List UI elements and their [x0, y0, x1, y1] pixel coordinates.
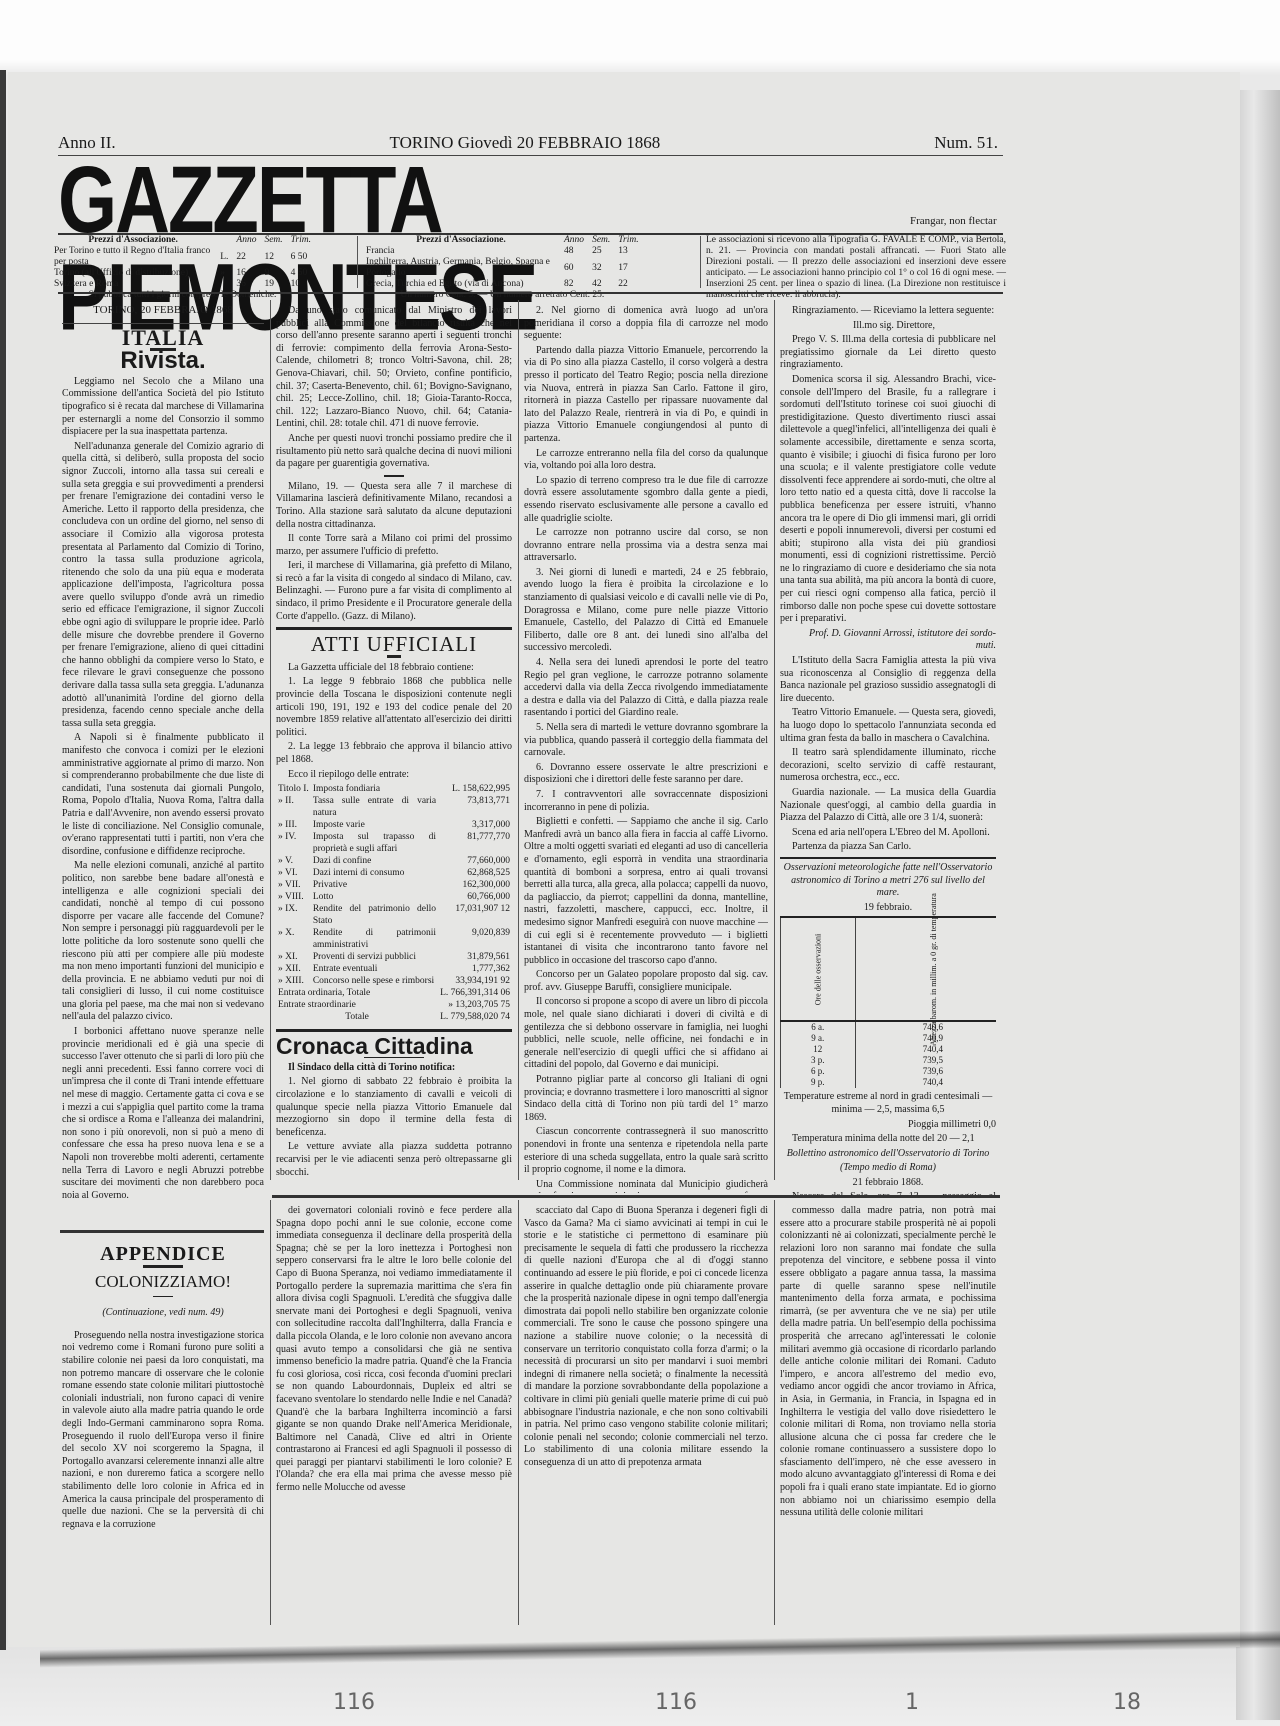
- appendix-title: APPENDICE: [62, 1248, 264, 1261]
- notice-signature: Prof. D. Giovanni Arrossi, istitutore de…: [780, 628, 996, 653]
- row-sem: 9: [260, 268, 286, 279]
- article-paragraph: A Napoli si è finalmente pubblicato il m…: [62, 732, 264, 858]
- row-trim: 17: [614, 257, 642, 279]
- revenue-row: » IV.Imposta sul trapasso di proprietà e…: [276, 831, 512, 855]
- divider: [357, 236, 358, 288]
- column-divider: [518, 300, 519, 1180]
- atti-paragraph: La Gazzetta ufficiale del 18 febbraio co…: [276, 662, 512, 675]
- revenue-total-row: Entrate straordinarie» 13,203,705 75: [276, 999, 512, 1011]
- row-sem: 12: [260, 246, 286, 268]
- atti-paragraph: 1. La legge 9 febbraio 1868 che pubblica…: [276, 676, 512, 739]
- revenue-total-label: Entrate straordinarie: [276, 999, 438, 1011]
- margin-mark: 1: [905, 1690, 919, 1715]
- weather-night: Temperatura minima della notte del 20 — …: [780, 1133, 996, 1146]
- article-paragraph: Partendo dalla piazza Vittorio Emanuele,…: [524, 345, 768, 446]
- revenue-label: Dazi di confine: [311, 855, 438, 867]
- row-label: Torino (all'Ufficio di distribuzione): [50, 268, 216, 279]
- weather-table: Ore delle osservazioniAltezza barom. in …: [780, 916, 996, 1088]
- revenue-value: 81,777,770: [438, 831, 512, 855]
- astro-sub: (Tempo medio di Roma): [780, 1162, 996, 1175]
- column-notices: Ringraziamento. — Riceviamo la lettera s…: [780, 305, 996, 1195]
- weather-row: 6 a.740,6— 1,94,091calmanebbia: [781, 1021, 997, 1033]
- row-sem: 25: [588, 246, 614, 257]
- revenue-total-value: L. 766,391,314 06: [438, 987, 512, 999]
- appendix-text: Proseguendo nella nostra investigazione …: [62, 1330, 264, 1532]
- article-paragraph: Il concorso si propone a scopo di avere …: [524, 996, 768, 1072]
- weather-rain: Pioggia millimetri 0,0: [780, 1119, 996, 1132]
- revenue-value: 77,660,000: [438, 855, 512, 867]
- article-paragraph: Anche per questi nuovi tronchi possiamo …: [276, 433, 512, 471]
- issue-number: Num. 51.: [934, 133, 998, 153]
- weather-barom: 739,6: [855, 1066, 996, 1077]
- atti-paragraph: 2. La legge 13 febbraio che approva il b…: [276, 741, 512, 766]
- revenue-row: » V.Dazi di confine77,660,000: [276, 855, 512, 867]
- revenue-titolo: » XIII.: [276, 975, 311, 987]
- revenue-value: 73,813,771: [438, 795, 512, 819]
- revenue-titolo: » VIII.: [276, 891, 311, 903]
- weather-extremes-label: Temperature estreme al nord in gradi cen…: [784, 1091, 980, 1102]
- atti-paragraph: Ecco il riepilogo delle entrate:: [276, 769, 512, 782]
- weather-date: 19 febbraio.: [780, 902, 996, 915]
- revenue-titolo: » III.: [276, 819, 311, 831]
- article-paragraph: Ma nelle elezioni comunali, anziché al p…: [62, 860, 264, 1024]
- revenue-value: 62,868,525: [438, 867, 512, 879]
- subscription-foreign-heading: Prezzi d'Associazione.: [362, 235, 560, 246]
- weather-max: massima 6,5: [895, 1104, 945, 1115]
- revenue-label: Imposta fondiaria: [311, 783, 438, 795]
- article-paragraph: Ciascun concorrente contrassegnerà il su…: [524, 1126, 768, 1176]
- notice-paragraph: Ringraziamento. — Riceviamo la lettera s…: [780, 305, 996, 318]
- article-paragraph: Concorso per un Galateo popolare propost…: [524, 969, 768, 994]
- col-trim: Trim.: [287, 235, 315, 246]
- row-sem: 42: [588, 279, 614, 290]
- article-paragraph: 5. Nella sera di martedì le vetture dovr…: [524, 722, 768, 760]
- revenue-titolo: » VI.: [276, 867, 311, 879]
- milano-paragraph: Ieri, il marchese di Villamarina, già pr…: [276, 560, 512, 623]
- newspaper-motto: Frangar, non flectar: [910, 215, 997, 227]
- revenue-total-value: » 13,203,705 75: [438, 999, 512, 1011]
- revenue-row: » XIII.Concorso nelle spese e rimborsi33…: [276, 975, 512, 987]
- margin-mark: 116: [333, 1690, 375, 1715]
- milano-paragraph: Il conte Torre sarà a Milano coi primi d…: [276, 533, 512, 558]
- subscription-row: Francia 48 25 13: [362, 246, 643, 257]
- margin-mark: 18: [1113, 1690, 1141, 1715]
- separator: [153, 1296, 173, 1297]
- weather-ora: 9 p.: [781, 1077, 856, 1088]
- appendix-col-3: scacciato dal Capo di Buona Speranza i d…: [524, 1205, 768, 1625]
- revenue-label: Imposta sul trapasso di proprietà e sugl…: [311, 831, 438, 855]
- article-paragraph: 3. Nei giorni di lunedì e martedì, 24 e …: [524, 567, 768, 655]
- row-label: Inghilterra, Austria, Germania, Belgio, …: [362, 257, 560, 279]
- appendix-col-1: APPENDICE COLONIZZIAMO! (Continuazione, …: [62, 1240, 264, 1625]
- revenue-titolo: » XII.: [276, 963, 311, 975]
- article-paragraph: Nell'adunanza generale del Comizio agrar…: [62, 441, 264, 731]
- revenue-row: » III.Imposte varie3,317,000: [276, 819, 512, 831]
- weather-header: Altezza barom. in millim. a 0 gr. di tem…: [855, 917, 996, 1021]
- column-ferrovie-atti: Da uno stato comunicato dal Ministro dei…: [276, 305, 512, 1193]
- column-divider: [270, 300, 271, 1180]
- revenue-row: » XII.Entrate eventuali1,777,362: [276, 963, 512, 975]
- row-sem: 32: [588, 257, 614, 279]
- guardia-notice: Guardia nazionale. — La musica della Gua…: [780, 787, 996, 825]
- weather-ora: 6 a.: [781, 1021, 856, 1033]
- row-anno: 36: [232, 279, 260, 290]
- revenue-value: 31,879,561: [438, 951, 512, 963]
- article-dateline: TORINO, 20 FEBBRAIO 1868: [62, 304, 264, 317]
- revenue-row: » VIII.Lotto60,766,000: [276, 891, 512, 903]
- weather-ora: 9 a.: [781, 1033, 856, 1044]
- col-trim: Trim.: [614, 235, 642, 246]
- appendix-col-4: commesso dalla madre patria, non potrà m…: [780, 1205, 996, 1625]
- revenue-label: Rendite di patrimonii amministrativi: [311, 927, 438, 951]
- article-paragraph: 6. Dovranno essere osservate le altre pr…: [524, 762, 768, 787]
- revenue-label: Lotto: [311, 891, 438, 903]
- weather-row: 3 p.739,56,65,068calmanebbia: [781, 1055, 997, 1066]
- header-bottom-rule: [58, 292, 1003, 294]
- row-label: Grecia, Turchia ed Egitto (via di Ancona…: [362, 279, 560, 290]
- revenue-titolo: » II.: [276, 795, 311, 819]
- column-divider: [774, 300, 775, 1180]
- revenue-row: » VII.Privative162,300,000: [276, 879, 512, 891]
- revenue-label: Imposte varie: [311, 819, 438, 831]
- row-trim: 22: [614, 279, 642, 290]
- revenue-total-value: L. 779,588,020 74: [438, 1011, 512, 1023]
- revenue-value: L. 158,622,995: [438, 783, 512, 795]
- revenue-titolo: Titolo I.: [276, 783, 311, 795]
- weather-row: 9 a.740,90,04,382calmanebbia: [781, 1033, 997, 1044]
- revenue-label: Rendite del patrimonio dello Stato: [311, 903, 438, 927]
- weather-min: minima — 2,5: [831, 1104, 889, 1115]
- weather-row: 9 p.740,42,44,984calmasereno: [781, 1077, 997, 1088]
- article-paragraph: Biglietti e confetti. — Sappiamo che anc…: [524, 816, 768, 967]
- appendix-rule: [60, 1230, 264, 1233]
- weather-barom: 740,4: [855, 1044, 996, 1055]
- revenue-titolo: » V.: [276, 855, 311, 867]
- revenue-label: Entrate eventuali: [311, 963, 438, 975]
- column-cronaca-cont: 2. Nel giorno di domenica avrà luogo ad …: [524, 305, 768, 1193]
- article-paragraph: 2. Nel giorno di domenica avrà luogo ad …: [524, 305, 768, 343]
- teatro-notice: Il teatro sarà splendidamente illuminato…: [780, 747, 996, 785]
- revenue-titolo: » IX.: [276, 903, 311, 927]
- column-italia: TORINO, 20 FEBBRAIO 1868 ITALIA Rivista.…: [62, 298, 264, 1198]
- row-anno: 22: [232, 246, 260, 268]
- revenue-row: » VI.Dazi interni di consumo62,868,525: [276, 867, 512, 879]
- appendix-rule: [272, 1195, 1000, 1198]
- appendix-continuation: (Continuazione, vedi num. 49): [62, 1307, 264, 1320]
- revenue-value: 60,766,000: [438, 891, 512, 903]
- page-fold-edge: [1236, 90, 1280, 1720]
- revenue-row: Titolo I.Imposta fondiariaL. 158,622,995: [276, 783, 512, 795]
- appendix-text: dei governatori coloniali rovinò e fece …: [276, 1205, 512, 1495]
- revenue-label: Concorso nelle spese e rimborsi: [311, 975, 438, 987]
- notice-paragraph: Domenica scorsa il sig. Alessandro Brach…: [780, 374, 996, 626]
- row-trim: 10: [287, 279, 315, 290]
- article-paragraph: Le carrozze entreranno nella fila del co…: [524, 448, 768, 473]
- row-anno: 48: [560, 246, 588, 257]
- guardia-notice: Partenza da piazza San Carlo.: [780, 841, 996, 854]
- revenue-row: » II.Tassa sulle entrate di varia natura…: [276, 795, 512, 819]
- column-divider: [518, 1200, 519, 1625]
- row-label: Per Torino e tutto il Regno d'Italia fra…: [50, 246, 216, 268]
- weather-title: Osservazioni meteorologiche fatte nell'O…: [780, 862, 996, 900]
- row-trim: 6 50: [287, 246, 315, 268]
- separator: [384, 475, 404, 477]
- divider: [700, 236, 701, 288]
- article-paragraph: Leggiamo nel Secolo che a Milano una Com…: [62, 376, 264, 439]
- col-anno: Anno: [232, 235, 260, 246]
- weather-ora: 3 p.: [781, 1055, 856, 1066]
- milano-paragraph: Milano, 19. — Questa sera alle 7 il marc…: [276, 481, 512, 531]
- revenue-value: 17,031,907 12: [438, 903, 512, 927]
- binding-edge: [0, 70, 6, 1650]
- row-anno: 82: [560, 279, 588, 290]
- margin-mark: 116: [655, 1690, 697, 1715]
- revenue-total-row: TotaleL. 779,588,020 74: [276, 1011, 512, 1023]
- appendix-col-2: dei governatori coloniali rovinò e fece …: [276, 1205, 512, 1625]
- revenue-titolo: » IV.: [276, 831, 311, 855]
- column-divider: [270, 1200, 271, 1625]
- row-unit: L.: [216, 246, 232, 268]
- subscription-row: Svizzera e Roma 36 19 10: [50, 279, 315, 290]
- subscription-row: Grecia, Turchia ed Egitto (via di Ancona…: [362, 279, 643, 290]
- revenue-row: » X.Rendite di patrimonii amministrativi…: [276, 927, 512, 951]
- col-anno: Anno: [560, 235, 588, 246]
- revenue-row: » XI.Proventi di servizi pubblici31,879,…: [276, 951, 512, 963]
- appendix-subtitle: COLONIZZIAMO!: [62, 1276, 264, 1289]
- notice-paragraph: Ill.mo sig. Direttore,: [780, 320, 996, 333]
- revenue-value: 1,777,362: [438, 963, 512, 975]
- astro-title: Bollettino astronomico dell'Osservatorio…: [780, 1148, 996, 1161]
- col-sem: Sem.: [588, 235, 614, 246]
- revenue-label: Privative: [311, 879, 438, 891]
- weather-ora: 6 p.: [781, 1066, 856, 1077]
- revenue-label: Tassa sulle entrate di varia natura: [311, 795, 438, 819]
- revenue-total-row: Entrata ordinaria, TotaleL. 766,391,314 …: [276, 987, 512, 999]
- revenue-value: 33,934,191 92: [438, 975, 512, 987]
- row-trim: 4 50: [287, 268, 315, 279]
- revenue-row: » IX.Rendite del patrimonio dello Stato1…: [276, 903, 512, 927]
- subscription-row: Inghilterra, Austria, Germania, Belgio, …: [362, 257, 643, 279]
- weather-header-label: Ore delle osservazioni: [812, 934, 823, 1006]
- revenue-value: 3,317,000: [438, 819, 512, 831]
- guardia-notice: Scena ed aria nell'opera L'Ebreo del M. …: [780, 827, 996, 840]
- column-divider: [774, 1200, 775, 1625]
- subscription-italy-heading: Prezzi d'Associazione.: [50, 235, 216, 246]
- weather-barom: 739,5: [855, 1055, 996, 1066]
- section-title-cronaca: Cronaca Cittadina: [276, 1040, 512, 1053]
- article-paragraph: 7. I contravventori alle sovraccennate d…: [524, 789, 768, 814]
- row-anno: 60: [560, 257, 588, 279]
- astro-date: 21 febbraio 1868.: [780, 1177, 996, 1190]
- istituto-notice: L'Istituto della Sacra Famiglia attesta …: [780, 655, 996, 705]
- article-paragraph: 4. Nella sera dei lunedì aprendosi le po…: [524, 657, 768, 720]
- row-trim: 13: [614, 246, 642, 257]
- weather-barom: 740,6: [855, 1021, 996, 1033]
- revenue-label: Dazi interni di consumo: [311, 867, 438, 879]
- separator: [143, 1265, 183, 1268]
- cronaca-paragraph: 1. Nel giorno di sabbato 22 febbraio è p…: [276, 1076, 512, 1139]
- revenue-value: 162,300,000: [438, 879, 512, 891]
- revenue-label: Proventi di servizi pubblici: [311, 951, 438, 963]
- row-label: Francia: [362, 246, 560, 257]
- subscription-row: Per Torino e tutto il Regno d'Italia fra…: [50, 246, 315, 268]
- notice-paragraph: Prego V. S. Ill.ma della cortesia di pub…: [780, 334, 996, 372]
- article-paragraph: I borbonici affettano nuove speranze nel…: [62, 1026, 264, 1198]
- weather-barom: 740,4: [855, 1077, 996, 1088]
- weather-header: Ore delle osservazioni: [781, 917, 856, 1021]
- weather-header-label: Altezza barom. in millim. a 0 gr. di tem…: [927, 893, 938, 1046]
- revenue-value: 9,020,839: [438, 927, 512, 951]
- section-title-italia: ITALIA: [62, 332, 264, 345]
- weather-extremes: Temperature estreme al nord in gradi cen…: [780, 1091, 996, 1116]
- weather-ora: 12: [781, 1044, 856, 1055]
- section-subtitle-rivista: Rivista.: [62, 355, 264, 368]
- revenue-titolo: » VII.: [276, 879, 311, 891]
- article-paragraph: Da uno stato comunicato dal Ministro dei…: [276, 305, 512, 431]
- section-title-atti: ATTI UFFICIALI: [276, 638, 512, 651]
- appendix-text: commesso dalla madre patria, non potrà m…: [780, 1205, 996, 1520]
- article-paragraph: Le carrozze non potranno uscire dal cors…: [524, 527, 768, 565]
- appendix-text: scacciato dal Capo di Buona Speranza i d…: [524, 1205, 768, 1469]
- subscription-row: Torino (all'Ufficio di distribuzione) » …: [50, 268, 315, 279]
- row-unit: »: [216, 268, 232, 279]
- revenue-titolo: » XI.: [276, 951, 311, 963]
- revenue-table: Titolo I.Imposta fondiariaL. 158,622,995…: [276, 783, 512, 1023]
- row-sem: 19: [260, 279, 286, 290]
- teatro-notice: Teatro Vittorio Emanuele. — Questa sera,…: [780, 707, 996, 745]
- weather-row: 6 p.739,64,25,175calmasereno: [781, 1066, 997, 1077]
- col-sem: Sem.: [260, 235, 286, 246]
- weather-barom: 740,9: [855, 1033, 996, 1044]
- revenue-total-label: Entrata ordinaria, Totale: [276, 987, 438, 999]
- cronaca-paragraph: Le vetture avviate alla piazza suddetta …: [276, 1141, 512, 1179]
- article-paragraph: Una Commissione nominata dal Municipio g…: [524, 1179, 768, 1193]
- row-label: Svizzera e Roma: [50, 279, 216, 290]
- article-paragraph: Lo spazio di terreno compreso tra le due…: [524, 475, 768, 525]
- weather-row: 12740,43,74,676calmanebbia: [781, 1044, 997, 1055]
- revenue-total-label: Totale: [276, 1011, 438, 1023]
- revenue-titolo: » X.: [276, 927, 311, 951]
- article-paragraph: Potranno pigliar parte al concorso gli I…: [524, 1074, 768, 1124]
- cronaca-paragraph: Il Sindaco della città di Torino notific…: [276, 1062, 512, 1075]
- row-anno: 16: [232, 268, 260, 279]
- row-unit: [216, 279, 232, 290]
